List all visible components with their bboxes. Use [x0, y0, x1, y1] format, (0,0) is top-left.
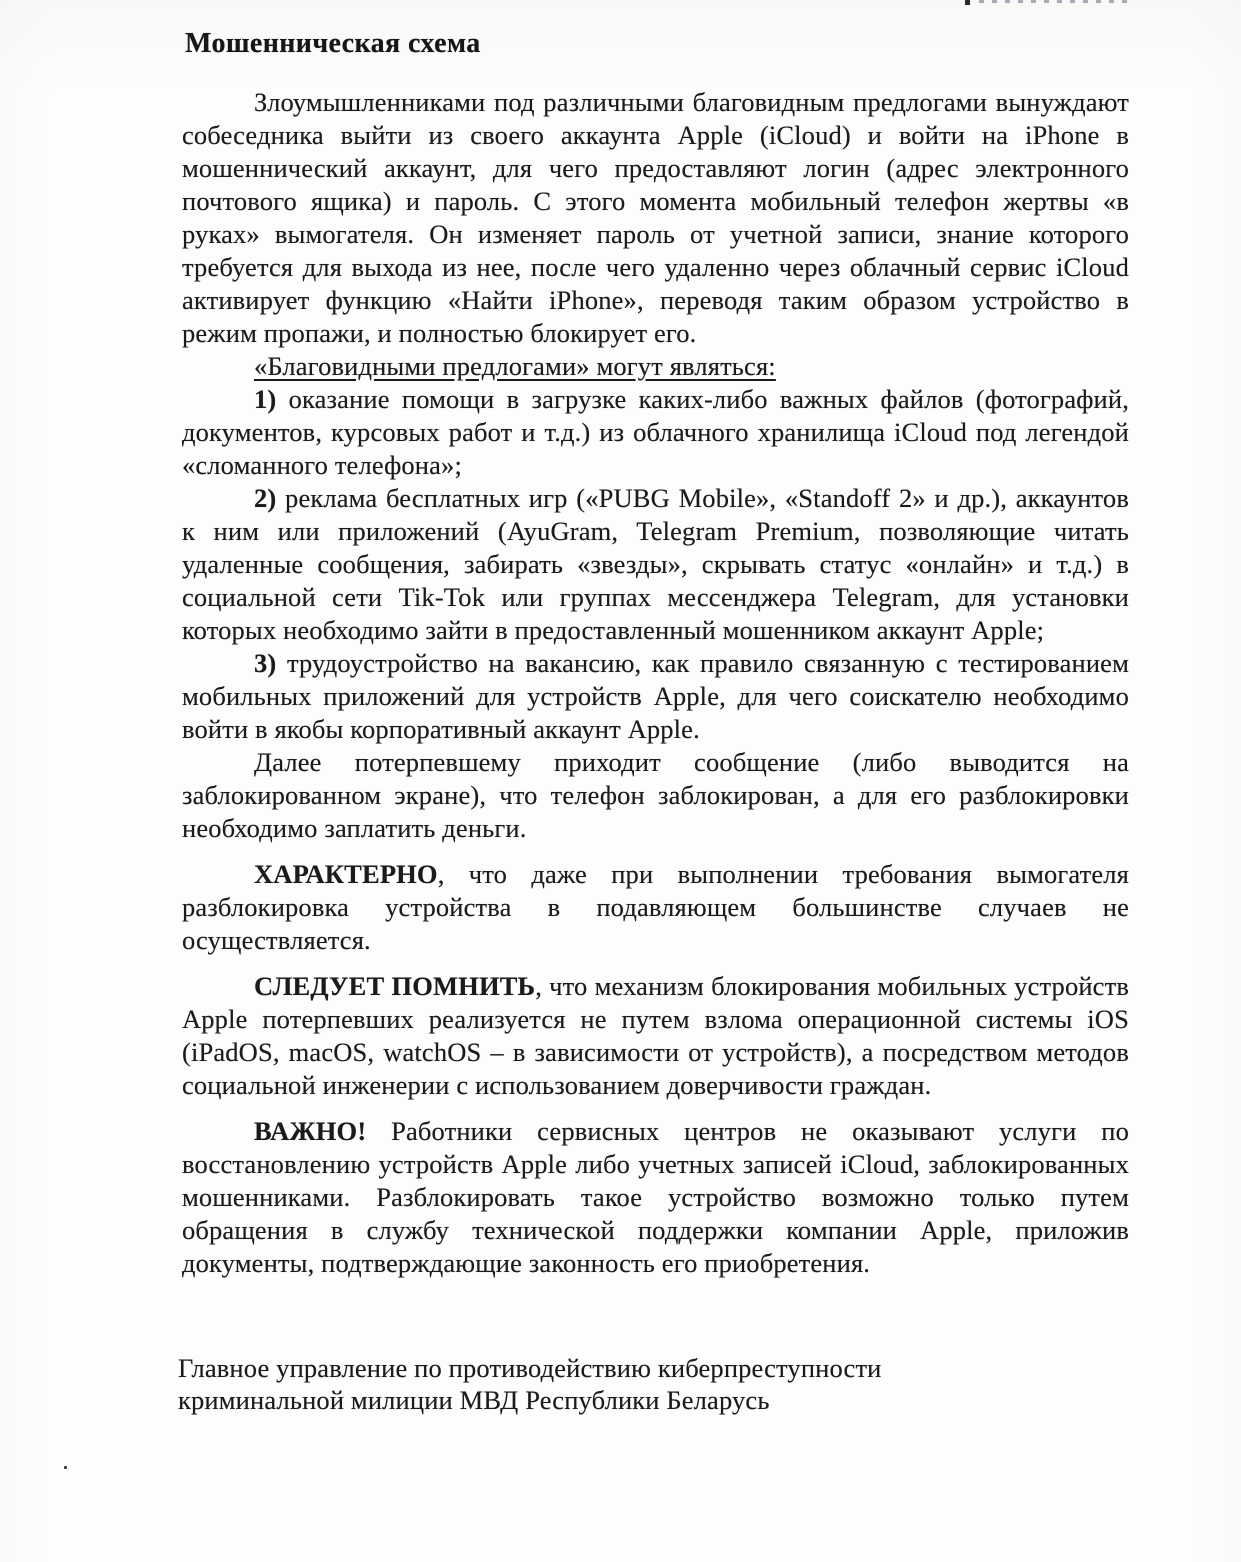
bold-text: СЛЕДУЕТ ПОМНИТЬ — [254, 971, 535, 1001]
bold-text: 1) — [254, 384, 276, 414]
paragraph: Злоумышленниками под различными благовид… — [182, 86, 1129, 350]
paragraph: ВАЖНО! Работники сервисных центров не ок… — [182, 1115, 1129, 1280]
footer-line-2: криминальной милиции МВД Республики Бела… — [178, 1384, 1138, 1416]
document-title: Мошенническая схема — [185, 28, 481, 60]
footer-line-1: Главное управление по противодействию ки… — [178, 1352, 1138, 1384]
paragraph: «Благовидными предлогами» могут являться… — [182, 350, 1129, 383]
underlined-heading-text: «Благовидными предлогами» могут являться… — [254, 351, 776, 381]
body-text: реклама бесплатных игр («PUBG Mobile», «… — [182, 483, 1129, 645]
paragraph: СЛЕДУЕТ ПОМНИТЬ, что механизм блокирован… — [182, 970, 1129, 1102]
bold-text: ХАРАКТЕРНО — [254, 859, 438, 889]
scan-speck — [64, 1466, 67, 1469]
body-text: Далее потерпевшему приходит сообщение (л… — [182, 747, 1129, 843]
body-text: Злоумышленниками под различными благовид… — [182, 87, 1129, 348]
bold-text: 2) — [254, 483, 276, 513]
bold-text: 3) — [254, 648, 276, 678]
body-text: оказание помощи в загрузке каких-либо ва… — [182, 384, 1129, 480]
paragraph: ХАРАКТЕРНО, что даже при выполнении треб… — [182, 858, 1129, 957]
document-footer: Главное управление по противодействию ки… — [178, 1352, 1138, 1416]
clipped-glyph-dashes — [979, 0, 1135, 3]
document-body: Злоумышленниками под различными благовид… — [182, 86, 1129, 1280]
document-page: Мошенническая схема Злоумышленниками под… — [0, 0, 1241, 1562]
paragraph: 2) реклама бесплатных игр («PUBG Mobile»… — [182, 482, 1129, 647]
clipped-glyph-stroke — [965, 0, 970, 5]
paragraph: 1) оказание помощи в загрузке каких-либо… — [182, 383, 1129, 482]
clipped-text-fragment — [965, 0, 1135, 5]
bold-text: ВАЖНО! — [254, 1116, 366, 1146]
body-text: трудоустройство на вакансию, как правило… — [182, 648, 1129, 744]
paragraph: Далее потерпевшему приходит сообщение (л… — [182, 746, 1129, 845]
paragraph: 3) трудоустройство на вакансию, как прав… — [182, 647, 1129, 746]
